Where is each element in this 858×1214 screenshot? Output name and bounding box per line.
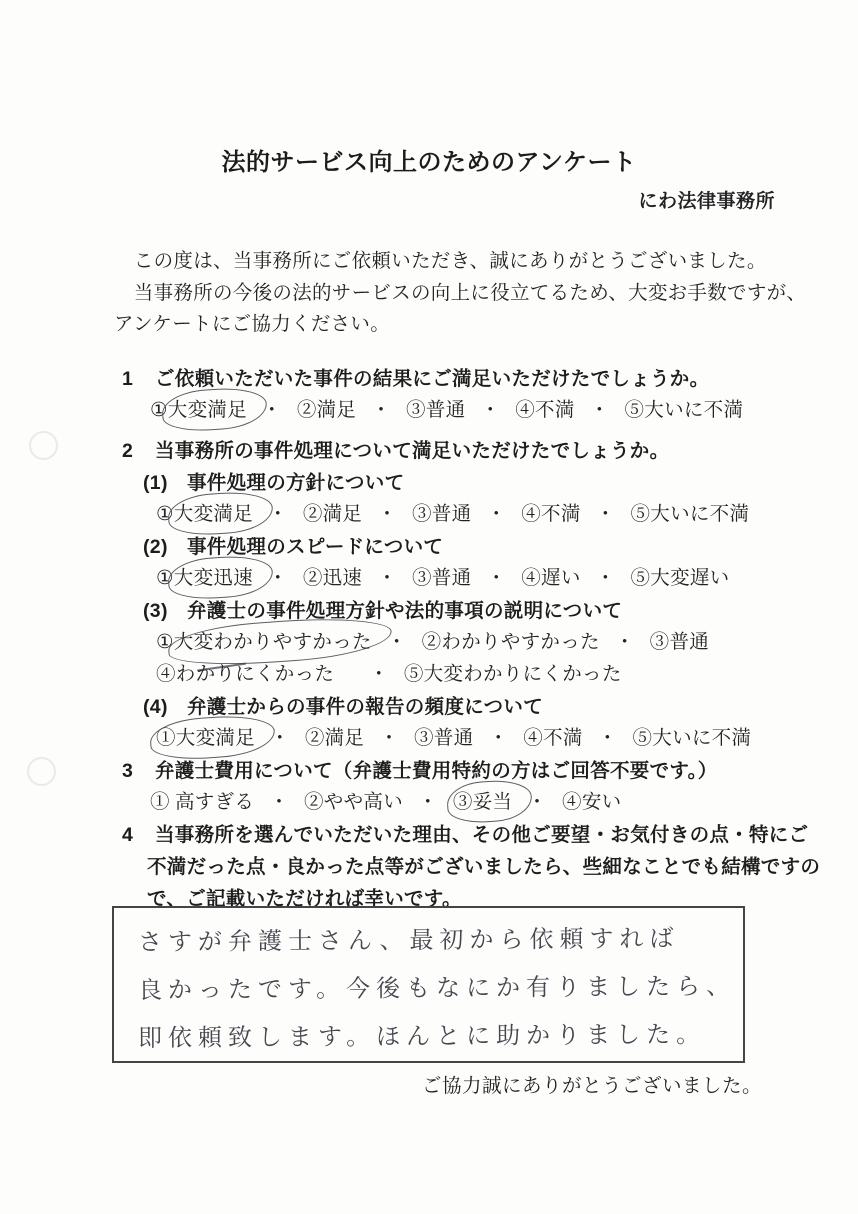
option-separator: ・ — [486, 563, 506, 595]
option-item: ②満足 — [303, 499, 362, 531]
question-number: 4 — [114, 819, 155, 851]
option-item: ①大変満足 — [156, 723, 255, 755]
question-heading: 4当事務所を選んでいただいた理由、その他ご要望・お気付きの点・特にご — [114, 819, 830, 851]
sub-question-heading: (2)事件処理のスピードについて — [114, 531, 830, 563]
option-label: ⑤大変遅い — [630, 563, 729, 595]
option-label: ① 高すぎる — [150, 787, 254, 819]
option-item: ②わかりやすかった — [422, 627, 600, 659]
option-item: ②満足 — [305, 723, 364, 755]
option-separator: ・ — [371, 395, 391, 427]
questions-section: 1ご依頼いただいた事件の結果にご満足いただけたでしょうか。①大変満足・②満足・③… — [114, 363, 830, 915]
option-label: ④不満 — [523, 723, 582, 755]
option-separator: ・ — [598, 723, 618, 755]
question-heading: 1ご依頼いただいた事件の結果にご満足いただけたでしょうか。 — [114, 363, 830, 395]
option-separator: ・ — [262, 395, 282, 427]
question-number: (1) — [143, 467, 187, 499]
option-label: ②満足 — [305, 723, 364, 755]
option-item: ① 高すぎる — [150, 787, 254, 819]
option-row: ①大変満足・②満足・③普通・④不満・⑤大いに不満 — [114, 395, 830, 427]
question-number: (3) — [143, 595, 187, 627]
option-label: ③普通 — [412, 563, 471, 595]
option-item: ②やや高い — [304, 787, 403, 819]
option-label: ④遅い — [521, 563, 580, 595]
option-label: ⑤大いに不満 — [624, 395, 743, 427]
option-item: ①大変満足 — [156, 499, 253, 531]
option-label: ⑤大変わかりにくかった — [404, 659, 622, 691]
option-item: ⑤大変わかりにくかった — [404, 659, 622, 691]
option-item: ①大変満足 — [150, 395, 247, 427]
option-item: ⑤大いに不満 — [624, 395, 743, 427]
option-item: ④不満 — [521, 499, 580, 531]
question-number: 3 — [114, 755, 155, 787]
option-item: ④不満 — [523, 723, 582, 755]
punch-hole-mark — [27, 757, 56, 786]
option-separator: ・ — [387, 627, 407, 659]
option-row: ① 高すぎる・②やや高い・③妥当・④安い — [114, 787, 830, 819]
question-text: ご依頼いただいた事件の結果にご満足いただけたでしょうか。 — [155, 363, 709, 395]
option-separator: ・ — [418, 787, 438, 819]
option-separator: ・ — [480, 395, 500, 427]
option-item: ⑤大変遅い — [630, 563, 729, 595]
intro-line: この度は、当事務所にご依頼いただき、誠にありがとうございました。 — [114, 246, 814, 278]
option-label: ④不満 — [515, 395, 574, 427]
option-item: ④不満 — [515, 395, 574, 427]
option-separator: ・ — [488, 723, 508, 755]
question-text: 事件処理の方針について — [187, 467, 404, 499]
option-label: ③妥当 — [453, 787, 512, 819]
option-row: ①大変迅速・②迅速・③普通・④遅い・⑤大変遅い — [114, 563, 830, 595]
intro-line: アンケートにご協力ください。 — [114, 309, 814, 341]
option-label: ②満足 — [297, 395, 356, 427]
option-label: ④不満 — [521, 499, 580, 531]
intro-line: 当事務所の今後の法的サービスの向上に役立てるため、大変お手数ですが、 — [114, 278, 814, 310]
sub-question-heading: (1)事件処理の方針について — [114, 467, 830, 499]
intro-paragraph: この度は、当事務所にご依頼いただき、誠にありがとうございました。 当事務所の今後… — [114, 246, 814, 341]
option-row: ④わかりにくかった ・⑤大変わかりにくかった — [114, 659, 830, 691]
option-label: ⑤大いに不満 — [632, 723, 751, 755]
option-item: ③妥当 — [453, 787, 512, 819]
option-item: ③普通 — [412, 499, 471, 531]
question-text: 当事務所の事件処理について満足いただけたでしょうか。 — [155, 435, 669, 467]
option-item: ④安い — [562, 787, 621, 819]
option-label: 大変満足 — [168, 395, 247, 427]
option-label: ④わかりにくかった — [156, 659, 354, 691]
option-prefix: ① — [156, 499, 174, 531]
option-label: 大変満足 — [174, 499, 253, 531]
question-heading: 2当事務所の事件処理について満足いただけたでしょうか。 — [114, 435, 830, 467]
option-separator: ・ — [270, 723, 290, 755]
option-label: 大変わかりやすかった — [174, 627, 372, 659]
option-label: ③普通 — [412, 499, 471, 531]
option-separator: ・ — [268, 499, 288, 531]
option-label: ③普通 — [650, 627, 709, 659]
handwritten-comment: さすが弁護士さん、最初から依頼すれば良かったです。今後もなにか有りましたら、即依… — [114, 908, 743, 1060]
option-item: ①大変迅速 — [156, 563, 253, 595]
option-label: ④安い — [562, 787, 621, 819]
option-item: ③普通 — [412, 563, 471, 595]
question-text: 当事務所を選んでいただいた理由、その他ご要望・お気付きの点・特にご — [155, 819, 808, 851]
option-separator: ・ — [377, 563, 397, 595]
option-item: ③普通 — [406, 395, 465, 427]
option-separator: ・ — [615, 627, 635, 659]
option-row: ①大変満足・②満足・③普通・④不満・⑤大いに不満 — [114, 723, 830, 755]
handwritten-comment-line: 良かったです。今後もなにか有りましたら、 — [138, 962, 743, 1014]
document-title: 法的サービス向上のためのアンケート — [20, 142, 838, 177]
option-item: ④わかりにくかった — [156, 659, 354, 691]
question-text: 弁護士からの事件の報告の頻度について — [187, 691, 543, 723]
option-separator: ・ — [596, 563, 616, 595]
option-separator: ・ — [379, 723, 399, 755]
option-label: ②迅速 — [303, 563, 362, 595]
option-item: ②迅速 — [303, 563, 362, 595]
handwritten-comment-line: 即依頼致します。ほんとに助かりました。 — [138, 1010, 743, 1062]
closing-note: ご協力誠にありがとうございました。 — [422, 1070, 762, 1098]
option-separator: ・ — [486, 499, 506, 531]
question-heading: 3弁護士費用について（弁護士費用特約の方はご回答不要です。） — [114, 755, 830, 787]
option-item: ②満足 — [297, 395, 356, 427]
option-separator: ・ — [527, 787, 547, 819]
option-separator: ・ — [268, 563, 288, 595]
option-label: ①大変満足 — [156, 723, 255, 755]
question-text: 弁護士の事件処理方針や法的事項の説明について — [187, 595, 622, 627]
option-item: ④遅い — [521, 563, 580, 595]
question-number: 2 — [114, 435, 155, 467]
option-separator: ・ — [590, 395, 610, 427]
option-item: ③普通 — [650, 627, 709, 659]
option-separator: ・ — [377, 499, 397, 531]
option-prefix: ① — [150, 395, 168, 427]
option-item: ①大変わかりやすかった — [156, 627, 372, 659]
option-separator: ・ — [269, 787, 289, 819]
option-prefix: ① — [156, 563, 174, 595]
option-label: ②やや高い — [304, 787, 403, 819]
option-label: ②わかりやすかった — [422, 627, 600, 659]
option-label: ③普通 — [406, 395, 465, 427]
question-number: 1 — [114, 363, 155, 395]
option-label: ⑤大いに不満 — [630, 499, 749, 531]
scanned-survey-page: 法的サービス向上のためのアンケート にわ法律事務所 この度は、当事務所にご依頼い… — [0, 0, 858, 1214]
sub-question-heading: (3)弁護士の事件処理方針や法的事項の説明について — [114, 595, 830, 627]
option-item: ⑤大いに不満 — [630, 499, 749, 531]
option-label: ②満足 — [303, 499, 362, 531]
option-row: ①大変わかりやすかった・②わかりやすかった・③普通 — [114, 627, 830, 659]
question-number: (4) — [143, 691, 187, 723]
comment-box: さすが弁護士さん、最初から依頼すれば良かったです。今後もなにか有りましたら、即依… — [112, 906, 745, 1063]
question-text: 弁護士費用について（弁護士費用特約の方はご回答不要です。） — [155, 755, 718, 787]
handwritten-comment-line: さすが弁護士さん、最初から依頼すれば — [138, 914, 743, 966]
question-text: 不満だった点・良かった点等がございましたら、些細なことでも結構ですの — [114, 851, 830, 883]
punch-hole-mark — [29, 431, 58, 460]
question-number: (2) — [143, 531, 187, 563]
question-text: 事件処理のスピードについて — [187, 531, 443, 563]
option-separator: ・ — [596, 499, 616, 531]
option-separator: ・ — [369, 659, 389, 691]
option-label: 大変迅速 — [174, 563, 253, 595]
firm-name: にわ法律事務所 — [638, 186, 775, 213]
option-item: ③普通 — [414, 723, 473, 755]
option-prefix: ① — [156, 627, 174, 659]
option-label: ③普通 — [414, 723, 473, 755]
sub-question-heading: (4)弁護士からの事件の報告の頻度について — [114, 691, 830, 723]
option-item: ⑤大いに不満 — [632, 723, 751, 755]
option-row: ①大変満足・②満足・③普通・④不満・⑤大いに不満 — [114, 499, 830, 531]
